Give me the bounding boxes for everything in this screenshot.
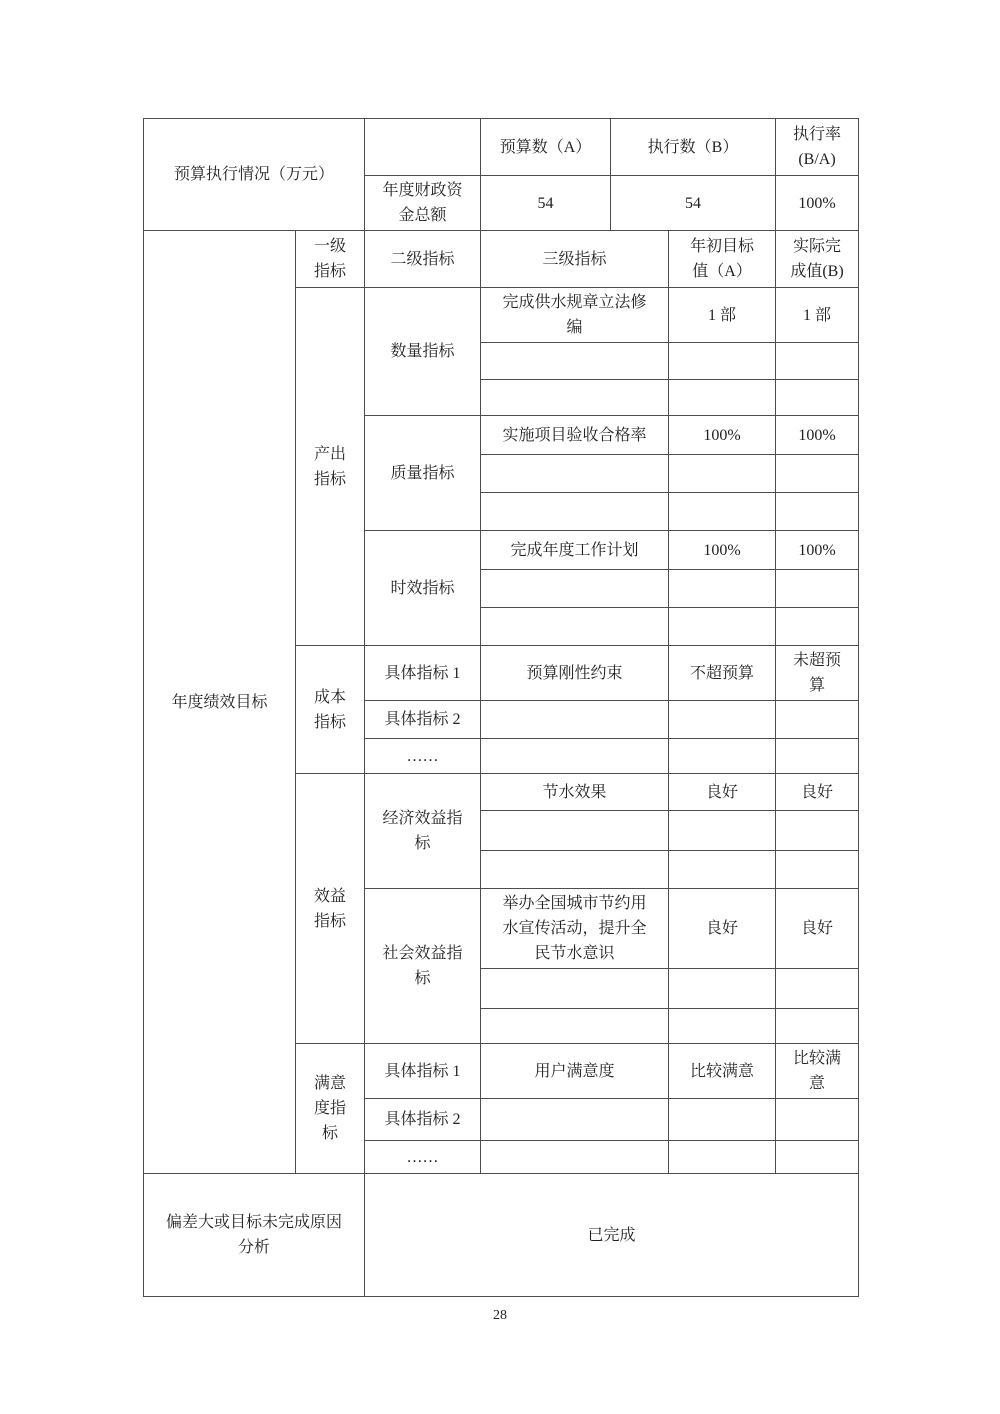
actual-value-cell	[776, 851, 859, 889]
specific-indicator-label: ……	[365, 1141, 481, 1174]
actual-value-cell: 未超预 算	[776, 646, 859, 701]
economic-benefit-label: 经济效益指 标	[365, 774, 481, 889]
indicator-name-cell	[481, 608, 669, 646]
target-value-cell: 100%	[669, 531, 776, 570]
actual-value-header: 实际完 成值(B)	[776, 231, 859, 288]
actual-value-cell	[776, 739, 859, 774]
annual-performance-label: 年度绩效目标	[144, 231, 296, 1174]
target-value-cell: 比较满意	[669, 1044, 776, 1099]
specific-indicator-label: 具体指标 1	[365, 1044, 481, 1099]
execution-rate-header: 执行率 (B/A)	[776, 119, 859, 176]
indicator-name-cell: 完成年度工作计划	[481, 531, 669, 570]
indicator-name-cell	[481, 969, 669, 1009]
indicator-name-cell: 实施项目验收合格率	[481, 416, 669, 455]
quality-indicator-label: 质量指标	[365, 416, 481, 531]
actual-value-cell	[776, 380, 859, 416]
indicator-name-cell	[481, 701, 669, 739]
target-value-cell: 不超预算	[669, 646, 776, 701]
actual-value-cell: 良好	[776, 889, 859, 969]
level2-indicator-header: 二级指标	[365, 231, 481, 288]
specific-indicator-label: 具体指标 2	[365, 701, 481, 739]
deviation-analysis-label: 偏差大或目标未完成原因 分析	[144, 1174, 365, 1297]
output-indicator-label: 产出 指标	[296, 288, 365, 646]
indicator-name-cell	[481, 570, 669, 608]
blank-spacer-cell	[365, 119, 481, 176]
social-benefit-label: 社会效益指 标	[365, 889, 481, 1044]
actual-value-cell	[776, 343, 859, 380]
indicator-name-cell	[481, 380, 669, 416]
target-value-cell	[669, 701, 776, 739]
initial-target-header: 年初目标 值（A）	[669, 231, 776, 288]
indicator-name-cell: 预算刚性约束	[481, 646, 669, 701]
indicator-name-cell	[481, 811, 669, 851]
target-value-cell	[669, 851, 776, 889]
cost-indicator-label: 成本 指标	[296, 646, 365, 774]
target-value-cell: 100%	[669, 416, 776, 455]
indicator-name-cell: 完成供水规章立法修 编	[481, 288, 669, 343]
level1-indicator-header: 一级 指标	[296, 231, 365, 288]
indicator-name-cell: 举办全国城市节约用 水宣传活动，提升全 民节水意识	[481, 889, 669, 969]
target-value-cell	[669, 343, 776, 380]
actual-value-cell	[776, 455, 859, 493]
document-page: 预算执行情况（万元） 预算数（A） 执行数（B） 执行率 (B/A) 年度财政资…	[0, 0, 1000, 1414]
annual-funds-total-label: 年度财政资 金总额	[365, 176, 481, 231]
deviation-analysis-value: 已完成	[365, 1174, 859, 1297]
target-value-cell	[669, 739, 776, 774]
actual-value-cell	[776, 969, 859, 1009]
target-value-cell	[669, 1141, 776, 1174]
target-value-cell	[669, 493, 776, 531]
target-value-cell	[669, 1099, 776, 1141]
target-value-cell	[669, 455, 776, 493]
target-value-cell	[669, 380, 776, 416]
actual-value-cell: 100%	[776, 416, 859, 455]
executed-amount-header: 执行数（B）	[611, 119, 776, 176]
target-value-cell: 良好	[669, 889, 776, 969]
budget-amount-value: 54	[481, 176, 611, 231]
actual-value-cell	[776, 811, 859, 851]
page-number: 28	[0, 1308, 1000, 1324]
indicator-name-cell	[481, 1099, 669, 1141]
indicator-name-cell	[481, 851, 669, 889]
timeliness-indicator-label: 时效指标	[365, 531, 481, 646]
executed-amount-value: 54	[611, 176, 776, 231]
indicator-name-cell	[481, 739, 669, 774]
budget-amount-header: 预算数（A）	[481, 119, 611, 176]
actual-value-cell	[776, 701, 859, 739]
target-value-cell: 良好	[669, 774, 776, 811]
actual-value-cell: 比较满 意	[776, 1044, 859, 1099]
budget-execution-label: 预算执行情况（万元）	[144, 119, 365, 231]
actual-value-cell	[776, 1009, 859, 1044]
actual-value-cell	[776, 1099, 859, 1141]
target-value-cell	[669, 1009, 776, 1044]
indicator-name-cell	[481, 343, 669, 380]
indicator-name-cell	[481, 493, 669, 531]
specific-indicator-label: 具体指标 2	[365, 1099, 481, 1141]
indicator-name-cell	[481, 1009, 669, 1044]
target-value-cell	[669, 608, 776, 646]
indicator-name-cell: 节水效果	[481, 774, 669, 811]
level3-indicator-header: 三级指标	[481, 231, 669, 288]
actual-value-cell: 100%	[776, 531, 859, 570]
target-value-cell: 1 部	[669, 288, 776, 343]
actual-value-cell	[776, 570, 859, 608]
satisfaction-indicator-label: 满意 度指 标	[296, 1044, 365, 1174]
performance-report-table: 预算执行情况（万元） 预算数（A） 执行数（B） 执行率 (B/A) 年度财政资…	[143, 118, 859, 1297]
actual-value-cell: 良好	[776, 774, 859, 811]
indicator-name-cell	[481, 455, 669, 493]
target-value-cell	[669, 969, 776, 1009]
target-value-cell	[669, 811, 776, 851]
target-value-cell	[669, 570, 776, 608]
benefit-indicator-label: 效益 指标	[296, 774, 365, 1044]
actual-value-cell	[776, 1141, 859, 1174]
actual-value-cell: 1 部	[776, 288, 859, 343]
indicator-name-cell: 用户满意度	[481, 1044, 669, 1099]
actual-value-cell	[776, 493, 859, 531]
specific-indicator-label: ……	[365, 739, 481, 774]
execution-rate-value: 100%	[776, 176, 859, 231]
quantity-indicator-label: 数量指标	[365, 288, 481, 416]
indicator-name-cell	[481, 1141, 669, 1174]
actual-value-cell	[776, 608, 859, 646]
specific-indicator-label: 具体指标 1	[365, 646, 481, 701]
